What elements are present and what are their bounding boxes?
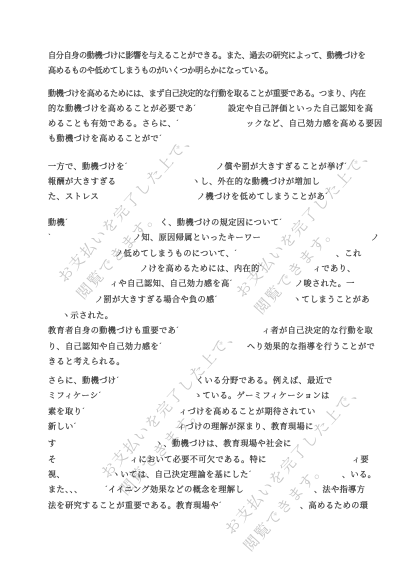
text-segment: 教育者自身の動機づけも重要であˊ — [48, 325, 179, 336]
text-segment: 素を取りˊ — [48, 406, 85, 417]
text-segment: ノ罰が大きすぎる場合や負の感ˊ — [95, 294, 218, 305]
text-segment: 法を研究することが重要である。教育現場やˊ — [48, 500, 222, 511]
text-segment: く、動機づけの規定因についてˊ — [160, 217, 282, 228]
text-line: ィや自己認知、自己効力感を高ˊノ唆された。一 — [0, 278, 410, 290]
text-line: ノ低めてしまうものについて、ˊ、これ — [0, 248, 410, 260]
text-segment: ィ要 — [352, 454, 369, 465]
text-segment: ゝている。ゲーミフィケーションは — [194, 390, 330, 401]
text-segment: ヽ、動機づけは、教育現場や社会に — [155, 438, 292, 449]
text-line: り、自己認知や自己効力感をˊヘり効果的な指導を行うことがで — [0, 341, 410, 353]
text-segment: 、これ — [336, 248, 362, 259]
text-line: 自分自身の動機づけに影響を与えることができる。また、過去の研究によって、動機づけ… — [0, 50, 410, 62]
text-line: めることも有効である。さらに、ˊックなど、自己効力感を高める要因 — [0, 118, 410, 130]
text-segment: 動機づけを高めるためには、まず自己決定的な行動を取ることが重要である。つまり、内… — [48, 88, 366, 99]
document-page: お支払いを完了した上で、閲覧できます。お支払いを完了した上で、閲覧できます。お支… — [0, 0, 410, 580]
text-line: 一方で、動機づけをˊノ償や罰が大きすぎることが挙げˊ — [0, 161, 410, 173]
text-segment: そ — [48, 454, 57, 465]
text-segment: 新しいˊ — [48, 421, 77, 432]
text-line: ˋノ知、原因帰属といったキーワーノ — [0, 232, 410, 244]
text-segment: きると考えられる。 — [48, 356, 125, 367]
text-segment: 自分自身の動機づけに影響を与えることができる。また、過去の研究によって、動機づけ… — [48, 50, 365, 61]
text-segment: ミフィケーシˊ — [48, 390, 102, 401]
text-line: ヽ示された。 — [0, 310, 410, 322]
text-segment: ヘり効果的な指導を行うことがで — [247, 341, 375, 352]
text-line: また、、、ˊイイニング効果などの概念を理解し、法や指導方 — [0, 484, 410, 496]
text-line: 的な動機づけを高めることが必要であˊ設定や自己評価といった自己認知を高 — [0, 103, 410, 115]
text-line: 動機づけを高めるためには、まず自己決定的な行動を取ることが重要である。つまり、内… — [0, 88, 410, 100]
text-segment: ノ償や罰が大きすぎることが挙げˊ — [216, 161, 347, 172]
text-segment: 的な動機づけを高めることが必要であˊ — [48, 103, 196, 114]
text-segment: また、、、 — [48, 484, 83, 495]
text-segment: ィづけの理解が深まり、教育現場に — [177, 421, 314, 432]
text-line: 報酬が大きすぎるヽし、外在的な動機づけが増加し — [0, 176, 410, 188]
payment-watermark: お支払いを完了した上で、閲覧できます。 — [219, 377, 388, 557]
text-segment: ックなど、自己効力感を高める要因 — [246, 118, 383, 129]
text-line: 動機ˊく、動機づけの規定因についてˊ — [0, 217, 410, 229]
text-segment: ノ — [371, 232, 380, 243]
text-segment: めることも有効である。さらに、ˊ — [48, 118, 179, 129]
text-line: 素を取りˊィづけを高めることが期待されてい — [0, 406, 410, 418]
text-segment: ノ機づけを低めてしまうことがあˊ — [197, 191, 328, 202]
text-segment: 動機ˊ — [48, 217, 68, 228]
text-segment: す — [48, 438, 57, 449]
text-segment: 高めるものや低めてしまうものがいくつか明らかになっている。 — [48, 65, 273, 76]
text-line: 高めるものや低めてしまうものがいくつか明らかになっている。 — [0, 65, 410, 77]
text-line: 新しいˊィづけの理解が深まり、教育現場に — [0, 421, 410, 433]
text-segment: ˋ — [48, 232, 51, 243]
text-segment: ィ者が自己決定的な行動を取 — [262, 325, 373, 336]
text-line: そィにおいて必要不可欠である。特にィ要 — [0, 454, 410, 466]
text-segment: ィや自己認知、自己効力感を高ˊ — [110, 278, 233, 289]
text-segment: 、高めるための環 — [300, 500, 368, 511]
text-segment: 、いる。 — [342, 469, 376, 480]
text-line: ノけを高めるためには、内在的ˊィであり、 — [0, 263, 410, 275]
text-segment: 設定や自己評価といった自己認知を高 — [228, 103, 373, 114]
text-line: きると考えられる。 — [0, 356, 410, 368]
text-line: 法を研究することが重要である。教育現場やˊ、高めるための環 — [0, 500, 410, 512]
text-segment: 報酬が大きすぎる — [48, 176, 116, 187]
text-segment: ィにおいて必要不可欠である。特に — [130, 454, 267, 465]
text-segment: 一方で、動機づけをˊ — [48, 161, 128, 172]
text-segment: た、ストレス — [48, 191, 99, 202]
text-segment: ˊイイニング効果などの概念を理解し — [105, 484, 244, 495]
text-segment: ノ唆された。一 — [295, 278, 355, 289]
text-line: さらに、動機づけˊくいる分野である。例えば、最近で — [0, 375, 410, 387]
text-segment: ィであり、 — [313, 263, 356, 274]
text-line: ノ罰が大きすぎる場合や負の感ˊヽてしまうことがあ — [0, 294, 410, 306]
text-segment: 視、 — [48, 469, 65, 480]
text-segment: ノ知、原因帰属といったキーワー — [133, 232, 261, 243]
text-segment: も動機づけを高めることがでˊ — [48, 133, 162, 144]
text-segment: 、法や指導方 — [314, 484, 365, 495]
text-segment: ィづけを高めることが期待されてい — [179, 406, 316, 417]
text-line: すヽ、動機づけは、教育現場や社会に — [0, 438, 410, 450]
text-line: 教育者自身の動機づけも重要であˊィ者が自己決定的な行動を取 — [0, 325, 410, 337]
text-line: 視、ヽいては、自己決定理論を基にしたˊ、いる。 — [0, 469, 410, 481]
text-segment: くいる分野である。例えば、最近で — [196, 375, 333, 386]
text-segment: ヽてしまうことがあ — [293, 294, 370, 305]
text-segment: ヽ示された。 — [62, 310, 113, 321]
text-segment: ノ低めてしまうものについて、ˊ — [115, 248, 237, 259]
text-line: も動機づけを高めることがでˊ — [0, 133, 410, 145]
text-line: ミフィケーシˊゝている。ゲーミフィケーションは — [0, 390, 410, 402]
text-segment: ヽいては、自己決定理論を基にしたˊ — [112, 469, 252, 480]
text-segment: り、自己認知や自己効力感をˊ — [48, 341, 162, 352]
text-segment: ノけを高めるためには、内在的ˊ — [140, 263, 263, 274]
text-segment: さらに、動機づけˊ — [48, 375, 120, 386]
text-segment: ヽし、外在的な動機づけが増加し — [192, 176, 320, 187]
text-line: た、ストレスノ機づけを低めてしまうことがあˊ — [0, 191, 410, 203]
